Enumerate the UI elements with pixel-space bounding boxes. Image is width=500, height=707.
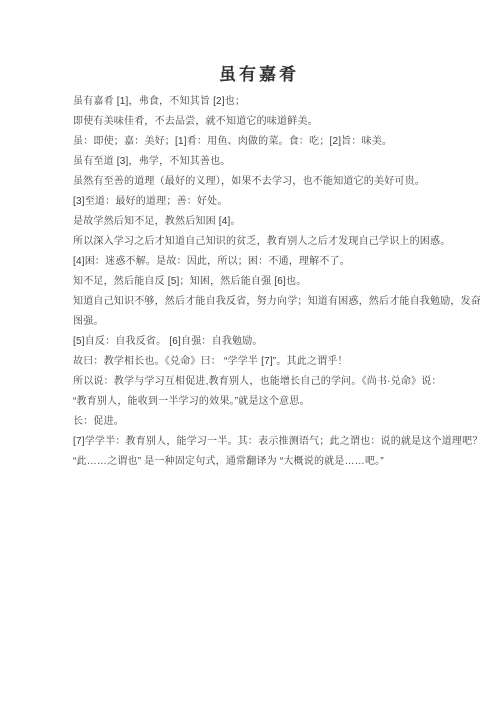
text-line-1: 虽有嘉肴 [1]，弗食，不知其旨 [2]也； [73, 92, 493, 112]
text-line-11: 知道自己知识不够，然后才能自我反省，努力向学；知道有困惑，然后才能自我勉励，发奋 [73, 292, 493, 312]
text-line-17: 长：促进。 [73, 412, 493, 432]
document-content: 虽有嘉肴 虽有嘉肴 [1]，弗食，不知其旨 [2]也；即使有美味佳肴，不去品尝，… [0, 0, 500, 472]
text-line-5: 虽然有至善的道理（最好的义理），如果不去学习，也不能知道它的美好可贵。 [73, 172, 493, 192]
text-line-16: “教育别人，能收到一半学习的效果。”就是这个意思。 [73, 392, 493, 412]
text-line-2: 即使有美味佳肴，不去品尝，就不知道它的味道鲜美。 [73, 112, 493, 132]
text-line-9: [4]困：迷惑不解。是故：因此，所以；困：不通，理解不了。 [73, 252, 493, 272]
text-line-8: 所以深入学习之后才知道自己知识的贫乏，教育别人之后才发现自己学识上的困惑。 [73, 232, 493, 252]
text-line-10: 知不足，然后能自反 [5]；知困，然后能自强 [6]也。 [73, 272, 493, 292]
text-line-13: [5]自反：自我反省。 [6]自强：自我勉励。 [73, 332, 493, 352]
text-line-12: 图强。 [73, 312, 493, 332]
text-line-6: [3]至道：最好的道理；善：好处。 [73, 192, 493, 212]
document-body: 虽有嘉肴 [1]，弗食，不知其旨 [2]也；即使有美味佳肴，不去品尝，就不知道它… [73, 92, 493, 472]
text-line-4: 虽有至道 [3]，弗学，不知其善也。 [73, 152, 493, 172]
text-line-19: “此……之谓也” 是一种固定句式，通常翻译为 “大概说的就是……吧。” [73, 452, 493, 472]
text-line-7: 是故学然后知不足，教然后知困 [4]。 [73, 212, 493, 232]
text-line-15: 所以说：教学与学习互相促进,教育别人，也能增长自己的学问。《尚书·兑命》说： [73, 372, 493, 392]
page-title: 虽有嘉肴 [73, 64, 445, 86]
text-line-14: 故曰：教学相长也。《兑命》曰： “学学半 [7]”。其此之谓乎！ [73, 352, 493, 372]
text-line-18: [7]学学半：教育别人，能学习一半。其：表示推测语气；此之谓也：说的就是这个道理… [73, 432, 493, 452]
document-page: 虽有嘉肴 虽有嘉肴 [1]，弗食，不知其旨 [2]也；即使有美味佳肴，不去品尝，… [0, 0, 500, 707]
text-line-3: 虽：即使；嘉：美好；[1]肴：用鱼、肉做的菜。食：吃；[2]旨：味美。 [73, 132, 493, 152]
